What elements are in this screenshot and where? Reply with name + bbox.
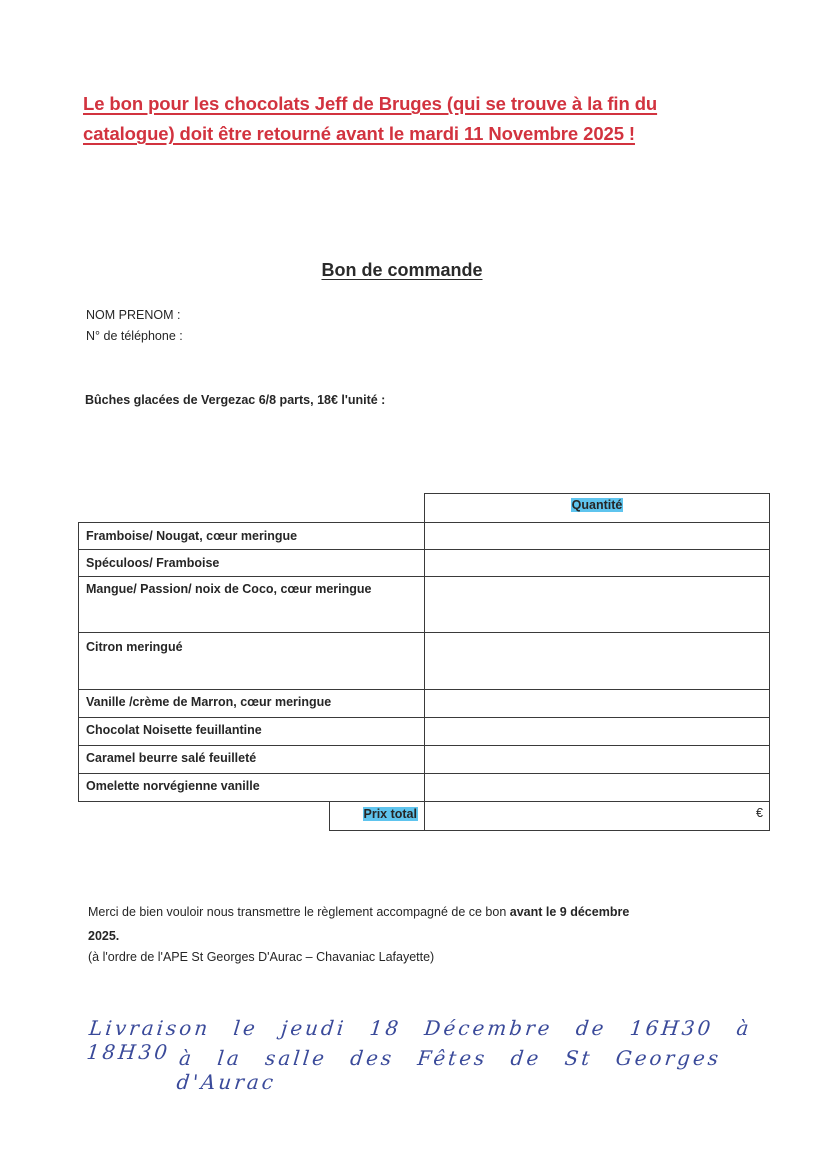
notice-line-2: catalogue) doit être retourné avant le m…	[83, 119, 723, 149]
notice-line-1: Le bon pour les chocolats Jeff de Bruges…	[83, 89, 723, 119]
product-description: Bûches glacées de Vergezac 6/8 parts, 18…	[85, 393, 385, 407]
payment-payee: (à l'ordre de l'APE St Georges D'Aurac –…	[88, 950, 434, 964]
table-row-label: Framboise/ Nougat, cœur meringue	[86, 529, 297, 543]
table-row-label: Vanille /crème de Marron, cœur meringue	[86, 695, 331, 709]
table-row-label: Spéculoos/ Framboise	[86, 556, 219, 570]
return-deadline-notice: Le bon pour les chocolats Jeff de Bruges…	[83, 89, 723, 149]
currency-symbol: €	[756, 806, 763, 820]
table-row-label: Mangue/ Passion/ noix de Coco, cœur meri…	[86, 582, 371, 596]
table-row-label: Caramel beurre salé feuilleté	[86, 751, 256, 765]
page-title: Bon de commande	[0, 260, 804, 281]
quantity-cell[interactable]	[425, 633, 769, 689]
quantity-cell[interactable]	[425, 550, 769, 576]
total-price-cell[interactable]: €	[425, 802, 769, 830]
phone-field-label: N° de téléphone :	[86, 329, 183, 343]
quantity-cell[interactable]	[425, 690, 769, 717]
table-row-label: Omelette norvégienne vanille	[86, 779, 260, 793]
quantity-cell[interactable]	[425, 718, 769, 745]
table-row-label: Citron meringué	[86, 640, 183, 654]
quantity-cell[interactable]	[425, 577, 769, 632]
payment-deadline-year: 2025.	[88, 929, 119, 943]
total-price-label: Prix total	[329, 807, 418, 821]
quantity-cell[interactable]	[425, 774, 769, 801]
payment-deadline: avant le 9 décembre	[510, 905, 630, 919]
handwritten-delivery-note-line-2: à la salle des Fêtes de St Georges d'Aur…	[175, 1046, 828, 1094]
quantity-cell[interactable]	[425, 746, 769, 773]
quantity-cell[interactable]	[425, 523, 769, 549]
table-row-label: Chocolat Noisette feuillantine	[86, 723, 262, 737]
quantity-header: Quantité	[424, 498, 770, 512]
payment-instruction: Merci de bien vouloir nous transmettre l…	[88, 905, 629, 919]
name-field-label: NOM PRENOM :	[86, 308, 180, 322]
